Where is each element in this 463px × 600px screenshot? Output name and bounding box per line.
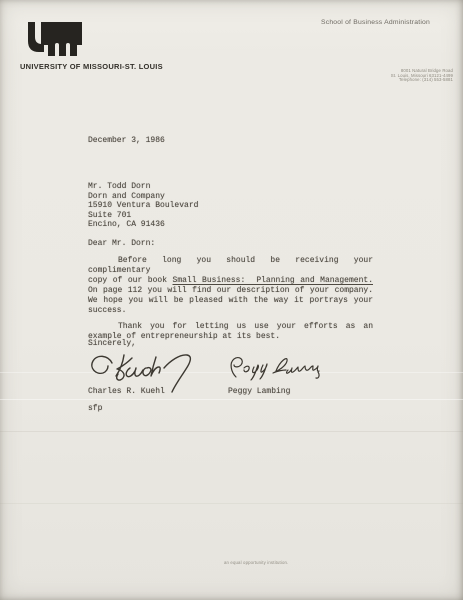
body-line: copy of our book Small Business: Plannin… bbox=[88, 276, 373, 286]
scan-streak bbox=[0, 503, 463, 504]
closing: Sincerely, bbox=[88, 339, 136, 348]
text-segment: copy of our book bbox=[88, 276, 173, 285]
recipient-address: Mr. Todd DornDorn and Company15910 Ventu… bbox=[88, 182, 198, 230]
scan-streak bbox=[0, 399, 463, 400]
body-line: Before long you should be receiving your… bbox=[88, 256, 373, 276]
book-title: Small Business: Planning and Management. bbox=[173, 276, 373, 285]
body-line: success. bbox=[88, 306, 373, 316]
letter-scan: UNIVERSITY OF MISSOURI-ST. LOUIS School … bbox=[0, 0, 463, 600]
recipient-line: 15910 Ventura Boulevard bbox=[88, 201, 198, 211]
typed-name-charles-kuehl: Charles R. Kuehl bbox=[88, 387, 165, 396]
recipient-line: Suite 701 bbox=[88, 211, 198, 221]
body-line: On page 112 you will find our descriptio… bbox=[88, 286, 373, 296]
umsl-logo-icon bbox=[28, 22, 82, 59]
text-segment: Before long you should be receiving your… bbox=[88, 256, 373, 275]
address-line: Telephone: (314) 553-5881 bbox=[391, 78, 453, 83]
recipient-line: Dorn and Company bbox=[88, 192, 198, 202]
text-segment: On page 112 you will find our descriptio… bbox=[88, 286, 373, 295]
text-segment: success. bbox=[88, 306, 126, 315]
letter-body: Before long you should be receiving your… bbox=[88, 256, 373, 342]
text-segment: Thank you for letting us use your effort… bbox=[118, 322, 373, 331]
letter-date: December 3, 1986 bbox=[88, 136, 165, 145]
typist-initials: sfp bbox=[88, 404, 102, 413]
text-segment: We hope you will be pleased with the way… bbox=[88, 296, 373, 305]
salutation: Dear Mr. Dorn: bbox=[88, 239, 155, 248]
signature-peggy-lambing-icon bbox=[226, 354, 326, 388]
body-line: Thank you for letting us use your effort… bbox=[88, 322, 373, 332]
university-name: UNIVERSITY OF MISSOURI-ST. LOUIS bbox=[20, 62, 163, 71]
school-name: School of Business Administration bbox=[321, 19, 430, 26]
paragraph: Before long you should be receiving your… bbox=[88, 256, 373, 316]
typed-name-peggy-lambing: Peggy Lambing bbox=[228, 387, 290, 396]
recipient-line: Encino, CA 91436 bbox=[88, 220, 198, 230]
body-line: We hope you will be pleased with the way… bbox=[88, 296, 373, 306]
footer-text: an equal opportunity institution. bbox=[224, 560, 288, 565]
campus-address: 8001 Natural Bridge RoadSt. Louis, Misso… bbox=[391, 69, 453, 83]
recipient-line: Mr. Todd Dorn bbox=[88, 182, 198, 192]
scan-streak bbox=[0, 431, 463, 432]
